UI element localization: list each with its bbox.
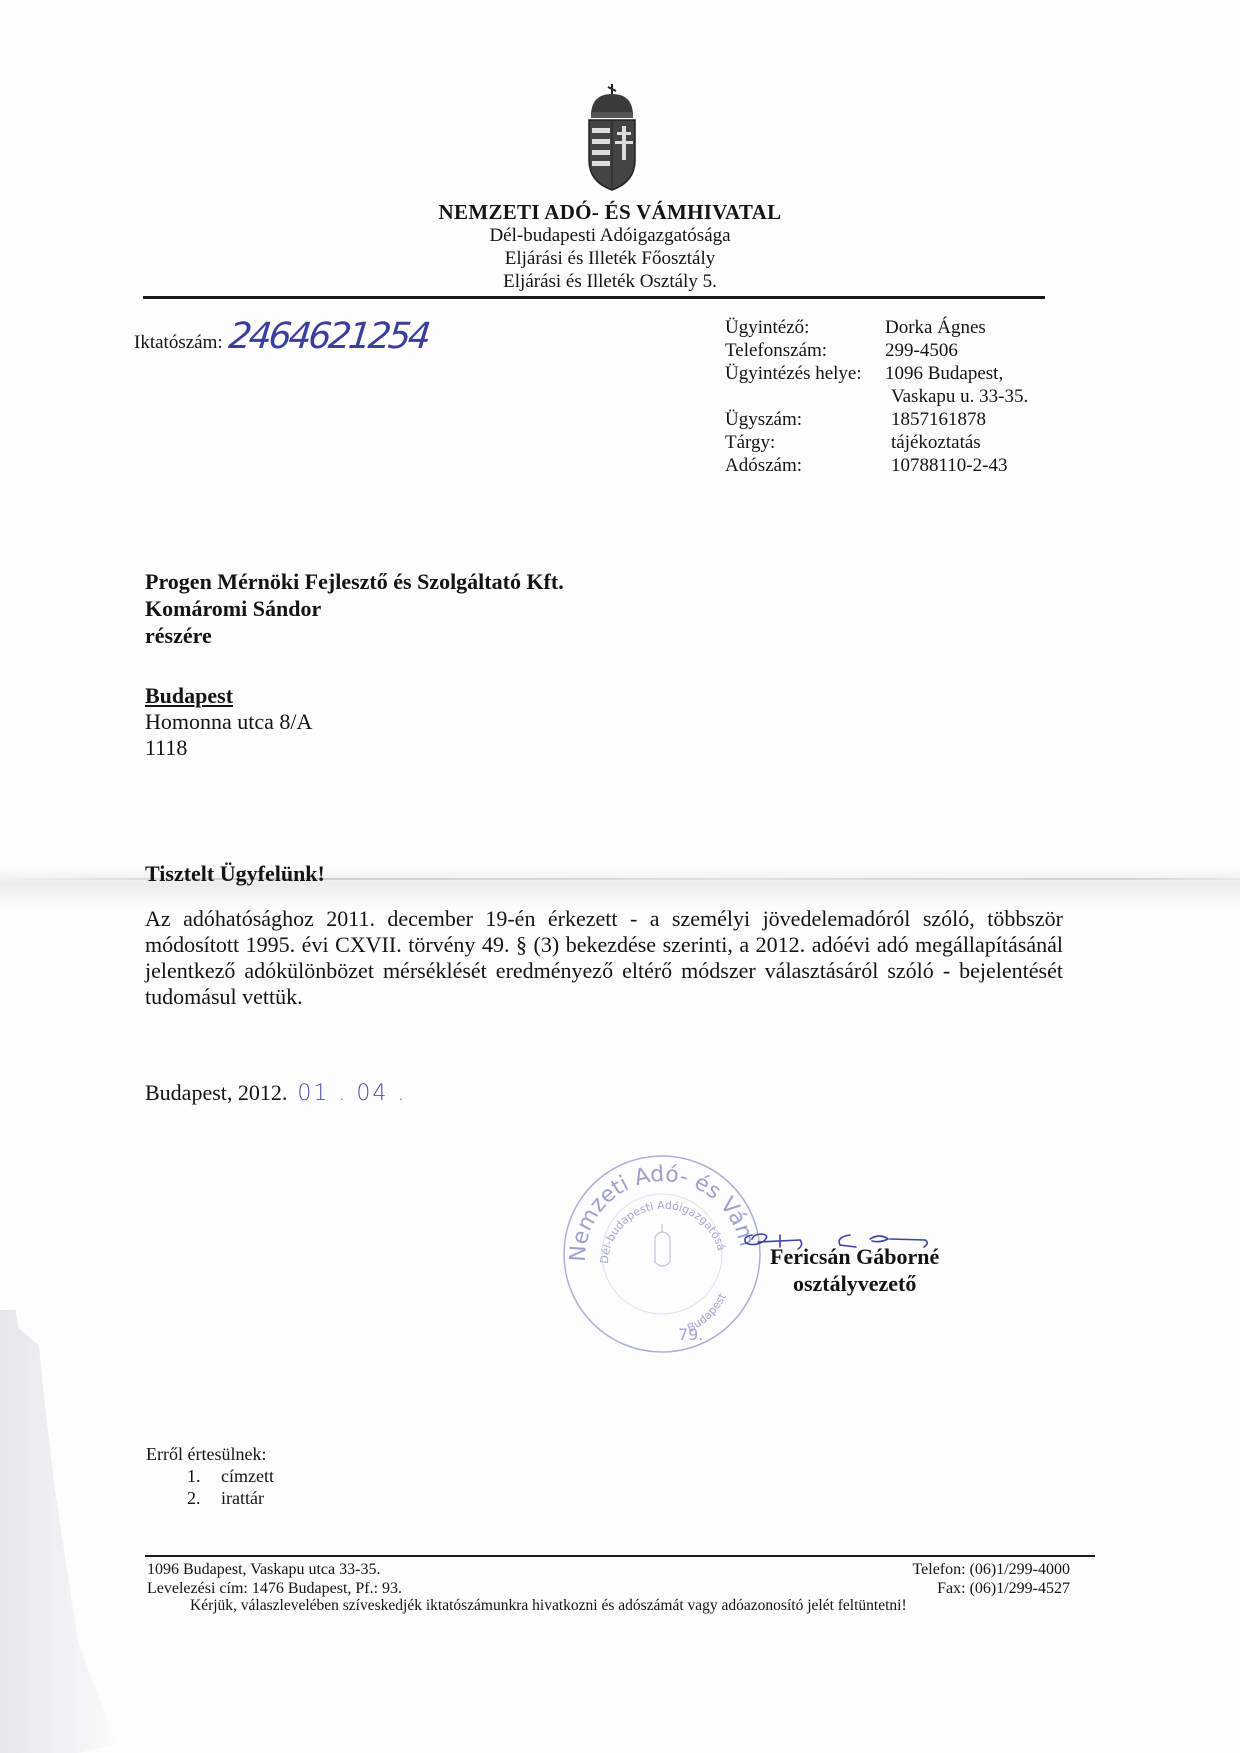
case-info-value: 299-4506 (885, 339, 958, 362)
date-handwritten: 01 . 04 . (297, 1081, 406, 1106)
recipient-postcode: 1118 (145, 735, 312, 761)
case-info-block: Ügyintéző:Dorka Ágnes Telefonszám:299-45… (725, 316, 1028, 477)
distribution-item-number: 1. (187, 1465, 221, 1487)
footer-note: Kérjük, válaszlevelében szíveskedjék ikt… (190, 1596, 907, 1615)
recipient-attention: részére (145, 622, 564, 649)
footer-divider (145, 1555, 1095, 1557)
subunit-line: Eljárási és Illeték Osztály 5. (400, 270, 820, 293)
recipient-street: Homonna utca 8/A (145, 709, 312, 735)
case-info-label: Telefonszám: (725, 339, 885, 362)
recipient-address: Budapest Homonna utca 8/A 1118 (145, 683, 312, 761)
letter-date: Budapest, 2012. 01 . 04 . (145, 1080, 406, 1106)
header-divider (143, 296, 1045, 299)
case-info-label: Ügyszám: (725, 408, 885, 431)
official-stamp-icon: Nemzeti Adó- és Vámhivatal Dél-budapesti… (560, 1152, 765, 1357)
subunit-line: Dél-budapesti Adóigazgatósága (400, 224, 820, 247)
hungarian-coat-of-arms-icon (583, 82, 641, 192)
case-info-value: tájékoztatás (885, 431, 981, 454)
recipient-city: Budapest (145, 683, 312, 709)
subunit-line: Eljárási és Illeték Főosztály (400, 247, 820, 270)
case-info-row: Ügyintéző:Dorka Ágnes (725, 316, 1028, 339)
distribution-heading: Erről értesülnek: (146, 1443, 274, 1465)
recipient-company: Progen Mérnöki Fejlesztő és Szolgáltató … (145, 568, 564, 595)
letter-page: NEMZETI ADÓ- ÉS VÁMHIVATAL Dél-budapesti… (0, 0, 1240, 1753)
distribution-list: Erről értesülnek: 1.címzett 2.irattár (146, 1443, 274, 1509)
footer-address: 1096 Budapest, Vaskapu utca 33-35. (147, 1560, 402, 1579)
case-info-value: 1096 Budapest, (885, 362, 1003, 385)
torn-paper-edge (0, 1310, 130, 1753)
stamp-number: 79. (678, 1325, 703, 1344)
case-info-row: Ügyintézés helye:1096 Budapest, (725, 362, 1028, 385)
signer-title: osztályvezető (770, 1270, 939, 1297)
issuer-block: NEMZETI ADÓ- ÉS VÁMHIVATAL Dél-budapesti… (400, 200, 820, 293)
case-info-label: Ügyintézés helye: (725, 362, 885, 385)
case-info-label (725, 385, 885, 408)
distribution-item-label: címzett (221, 1465, 274, 1487)
distribution-item-number: 2. (187, 1487, 221, 1509)
case-info-value: 10788110-2-43 (885, 454, 1007, 477)
letter-body: Az adóhatósághoz 2011. december 19-én ér… (145, 906, 1063, 1010)
case-info-row: Telefonszám:299-4506 (725, 339, 1028, 362)
case-info-value: 1857161878 (885, 408, 986, 431)
registration-label: Iktatószám: (134, 332, 223, 354)
case-info-row: Adószám:10788110-2-43 (725, 454, 1028, 477)
registration-handwritten-value: 2464621254 (226, 316, 429, 357)
recipient-block: Progen Mérnöki Fejlesztő és Szolgáltató … (145, 568, 564, 649)
letter-greeting: Tisztelt Ügyfelünk! (145, 861, 325, 887)
signer-name: Fericsán Gáborné (770, 1243, 939, 1270)
case-info-label: Ügyintéző: (725, 316, 885, 339)
distribution-item-label: irattár (221, 1487, 264, 1509)
footer-address-block: 1096 Budapest, Vaskapu utca 33-35. Level… (147, 1560, 402, 1598)
case-info-row: Vaskapu u. 33-35. (725, 385, 1028, 408)
signer-block: Fericsán Gáborné osztályvezető (770, 1243, 939, 1297)
case-info-row: Ügyszám:1857161878 (725, 408, 1028, 431)
case-info-row: Tárgy:tájékoztatás (725, 431, 1028, 454)
registration-number: Iktatószám: 2464621254 (134, 316, 428, 357)
case-info-label: Tárgy: (725, 431, 885, 454)
case-info-value: Dorka Ágnes (885, 316, 986, 339)
recipient-person: Komáromi Sándor (145, 595, 564, 622)
case-info-value: Vaskapu u. 33-35. (885, 385, 1028, 408)
distribution-item: 2.irattár (146, 1487, 274, 1509)
organization-name: NEMZETI ADÓ- ÉS VÁMHIVATAL (400, 200, 820, 224)
date-prefix: Budapest, 2012. (145, 1080, 287, 1106)
footer-phone: Telefon: (06)1/299-4000 (850, 1560, 1070, 1579)
footer-contact-block: Telefon: (06)1/299-4000 Fax: (06)1/299-4… (850, 1560, 1070, 1598)
distribution-item: 1.címzett (146, 1465, 274, 1487)
case-info-label: Adószám: (725, 454, 885, 477)
